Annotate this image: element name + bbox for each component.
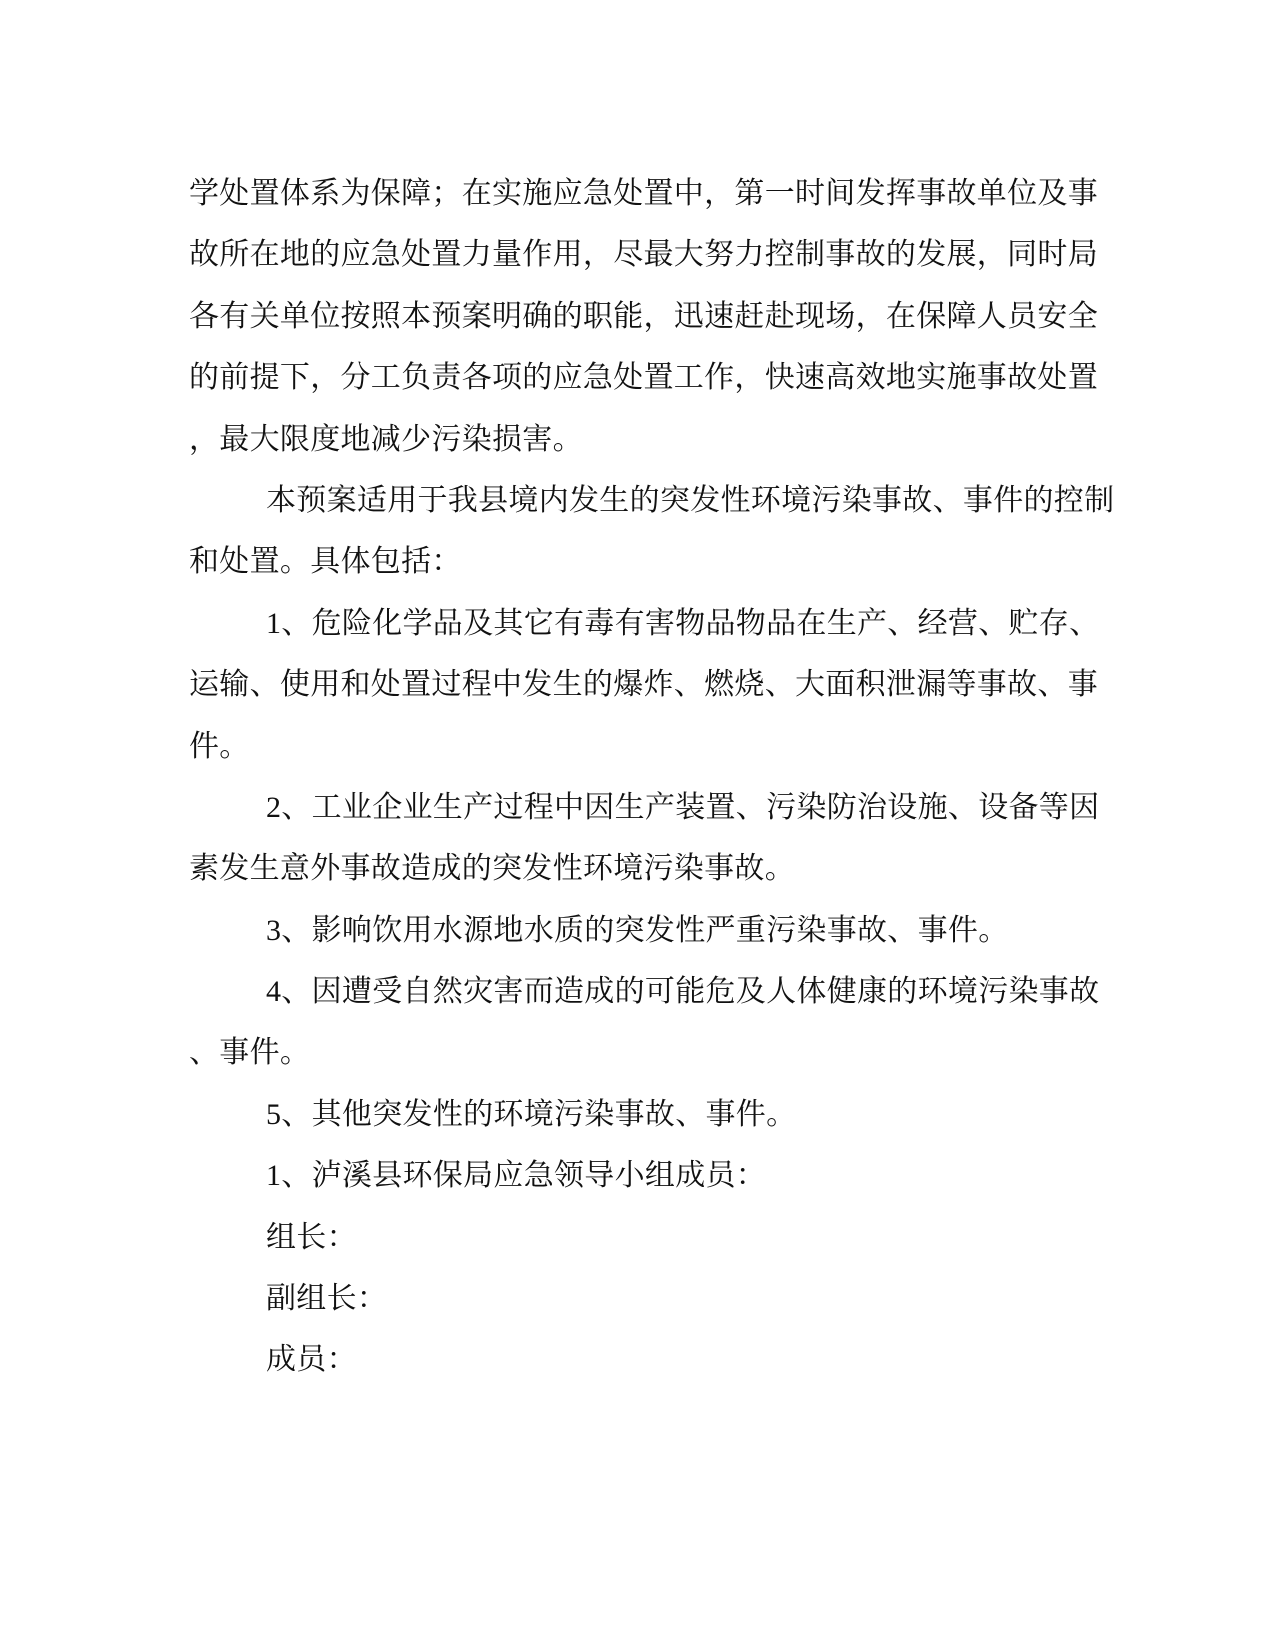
- text-line-9: 运输、使用和处置过程中发生的爆炸、燃烧、大面积泄漏等事故、事: [189, 654, 1119, 715]
- text-line-16-list-item-5: 5、其他突发性的环境污染事故、事件。: [189, 1084, 1119, 1145]
- text-line-11-list-item-2: 2、工业企业生产过程中因生产装置、污染防治设施、设备等因: [189, 777, 1119, 838]
- text-line-12: 素发生意外事故造成的突发性环境污染事故。: [189, 838, 1119, 899]
- text-line-8-list-item-1: 1、危险化学品及其它有毒有害物品物品在生产、经营、贮存、: [189, 593, 1119, 654]
- text-line-14-list-item-4: 4、因遭受自然灾害而造成的可能危及人体健康的环境污染事故: [189, 961, 1119, 1022]
- text-line-7: 和处置。具体包括：: [189, 531, 1119, 592]
- text-line-17-leader-group-heading: 1、泸溪县环保局应急领导小组成员：: [189, 1145, 1119, 1206]
- text-line-20-members-label: 成员：: [189, 1329, 1119, 1390]
- text-line-6: 本预案适用于我县境内发生的突发性环境污染事故、事件的控制: [189, 470, 1119, 531]
- text-line-18-group-leader-label: 组长：: [189, 1207, 1119, 1268]
- text-line-10: 件。: [189, 716, 1119, 777]
- text-line-15: 、事件。: [189, 1022, 1119, 1083]
- text-line-19-deputy-leader-label: 副组长：: [189, 1268, 1119, 1329]
- text-line-3: 各有关单位按照本预案明确的职能，迅速赶赴现场，在保障人员安全: [189, 286, 1119, 347]
- text-line-13-list-item-3: 3、影响饮用水源地水质的突发性严重污染事故、事件。: [189, 900, 1119, 961]
- text-line-1: 学处置体系为保障；在实施应急处置中，第一时间发挥事故单位及事: [189, 163, 1119, 224]
- text-line-4: 的前提下，分工负责各项的应急处置工作，快速高效地实施事故处置: [189, 347, 1119, 408]
- document-text-block: 学处置体系为保障；在实施应急处置中，第一时间发挥事故单位及事 故所在地的应急处置…: [189, 163, 1119, 1391]
- document-page: 学处置体系为保障；在实施应急处置中，第一时间发挥事故单位及事 故所在地的应急处置…: [0, 0, 1275, 1650]
- text-line-2: 故所在地的应急处置力量作用，尽最大努力控制事故的发展，同时局: [189, 224, 1119, 285]
- text-line-5: ，最大限度地减少污染损害。: [189, 409, 1119, 470]
